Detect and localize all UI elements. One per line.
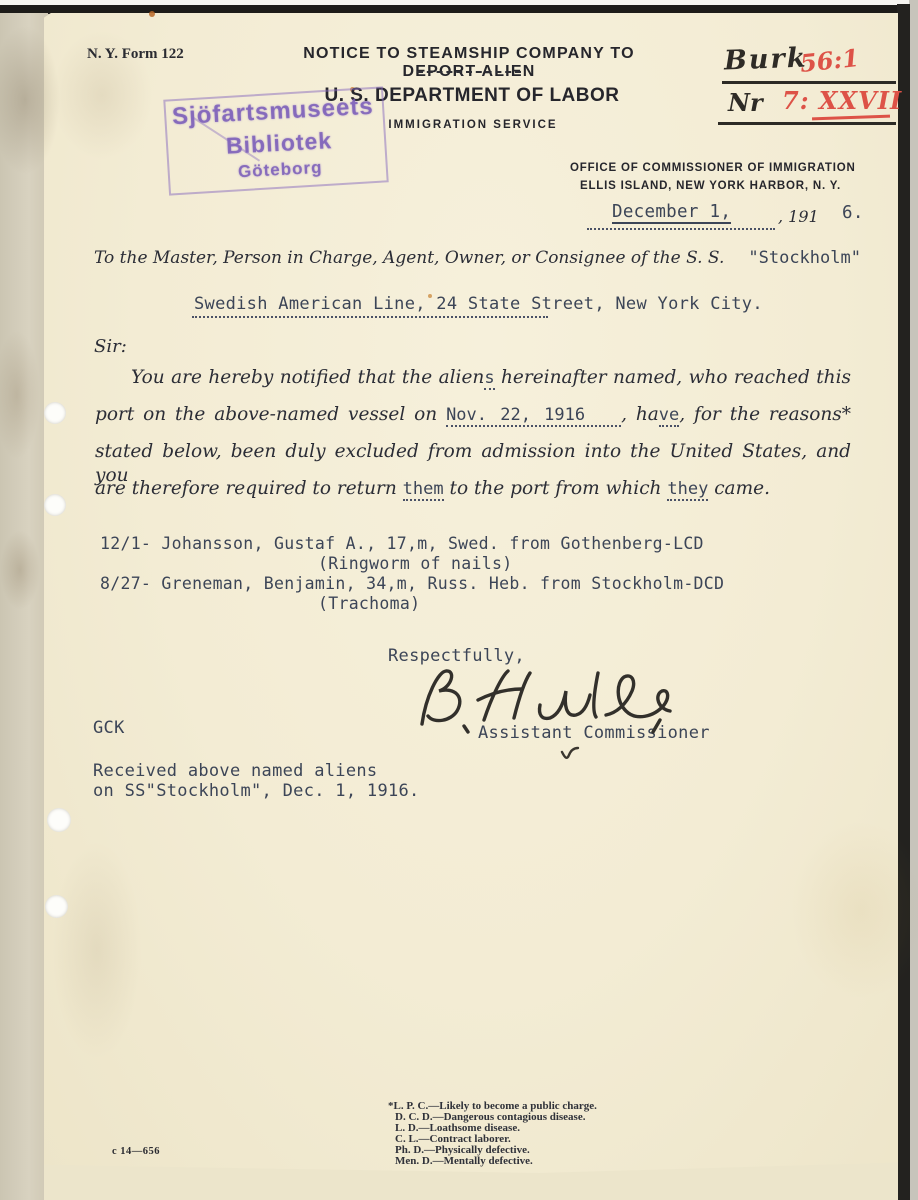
handwritten-burk-value: 56:1 xyxy=(799,43,861,78)
punch-hole xyxy=(45,895,68,918)
body-text: You are hereby notified that the alien xyxy=(131,367,484,388)
company-blank-line xyxy=(192,296,548,318)
body-line-2: port on the above-named vessel on Nov. 2… xyxy=(95,403,851,427)
library-stamp-line2: Bibliotek xyxy=(225,127,332,160)
backing-sheet-left xyxy=(0,13,48,1200)
handwritten-checkmark xyxy=(560,746,580,762)
alien-entry-2-reason: (Trachoma) xyxy=(318,594,420,613)
body-line-1: You are hereby notified that the aliens … xyxy=(95,366,851,390)
body-text: came. xyxy=(708,478,770,499)
handwritten-rule-1 xyxy=(722,81,896,84)
typed-ship-name: "Stockholm" xyxy=(748,248,861,268)
body-text: to the port from which xyxy=(444,478,668,499)
service-heading: IMMIGRATION SERVICE xyxy=(378,119,568,131)
punch-hole xyxy=(47,808,71,832)
body-text: port on the above-named vessel on xyxy=(95,404,446,425)
stenographer-initials: GCK xyxy=(93,718,125,738)
scan-edge-right-black xyxy=(897,4,910,1200)
handwritten-nr-label: Nr xyxy=(728,88,763,117)
punch-hole xyxy=(44,494,66,516)
scanned-document: N. Y. Form 122 NOTICE TO STEAMSHIP COMPA… xyxy=(0,0,918,1200)
body-text: hereinafter named, who reached this xyxy=(495,367,851,388)
alien-entry-1: 12/1- Johansson, Gustaf A., 17,m, Swed. … xyxy=(100,534,704,553)
addressee-text: To the Master, Person in Charge, Agent, … xyxy=(94,248,724,268)
salutation: Sir: xyxy=(94,336,127,357)
typed-arrival-date: Nov. 22, 1916 xyxy=(446,405,621,427)
handwritten-signature xyxy=(408,660,678,740)
print-code: c 14—656 xyxy=(112,1146,160,1157)
alien-entry-2: 8/27- Greneman, Benjamin, 34,m, Russ. He… xyxy=(100,574,724,593)
handwritten-burk-label: Burk xyxy=(723,43,807,77)
typed-insert: them xyxy=(403,479,444,501)
addressee-printed-line: To the Master, Person in Charge, Agent, … xyxy=(94,248,861,268)
alien-entry-1-reason: (Ringworm of nails) xyxy=(318,554,512,573)
typed-date: December 1, xyxy=(612,202,731,224)
title-underline xyxy=(417,71,521,73)
body-text: , ha xyxy=(621,404,659,425)
received-line-1: Received above named aliens xyxy=(93,761,377,781)
printed-year-prefix: , 191 xyxy=(778,207,819,226)
scan-edge-top-black xyxy=(0,5,918,14)
handwritten-rule-2 xyxy=(718,122,896,125)
typed-year-digit: 6. xyxy=(842,203,864,223)
typed-insert: ve xyxy=(659,405,679,427)
body-line-4: are therefore required to return them to… xyxy=(95,477,851,501)
punch-hole xyxy=(44,402,66,424)
body-text: are therefore required to return xyxy=(95,478,403,499)
typed-insert: they xyxy=(667,479,708,501)
form-number: N. Y. Form 122 xyxy=(87,46,184,63)
office-line1: OFFICE OF COMMISSIONER OF IMMIGRATION xyxy=(570,162,856,174)
scan-edge-right-gray xyxy=(909,0,918,1200)
received-line-2: on SS"Stockholm", Dec. 1, 1916. xyxy=(93,781,420,801)
notice-title: NOTICE TO STEAMSHIP COMPANY TO DEPORT AL… xyxy=(276,45,662,81)
typed-insert: s xyxy=(484,368,494,390)
office-line2: ELLIS ISLAND, NEW YORK HARBOR, N. Y. xyxy=(580,180,841,192)
footnote-6: Men. D.—Mentally defective. xyxy=(395,1156,533,1167)
handwritten-nr-value: 7: XXVII xyxy=(782,86,902,115)
body-text: , for the reasons* xyxy=(679,404,851,425)
